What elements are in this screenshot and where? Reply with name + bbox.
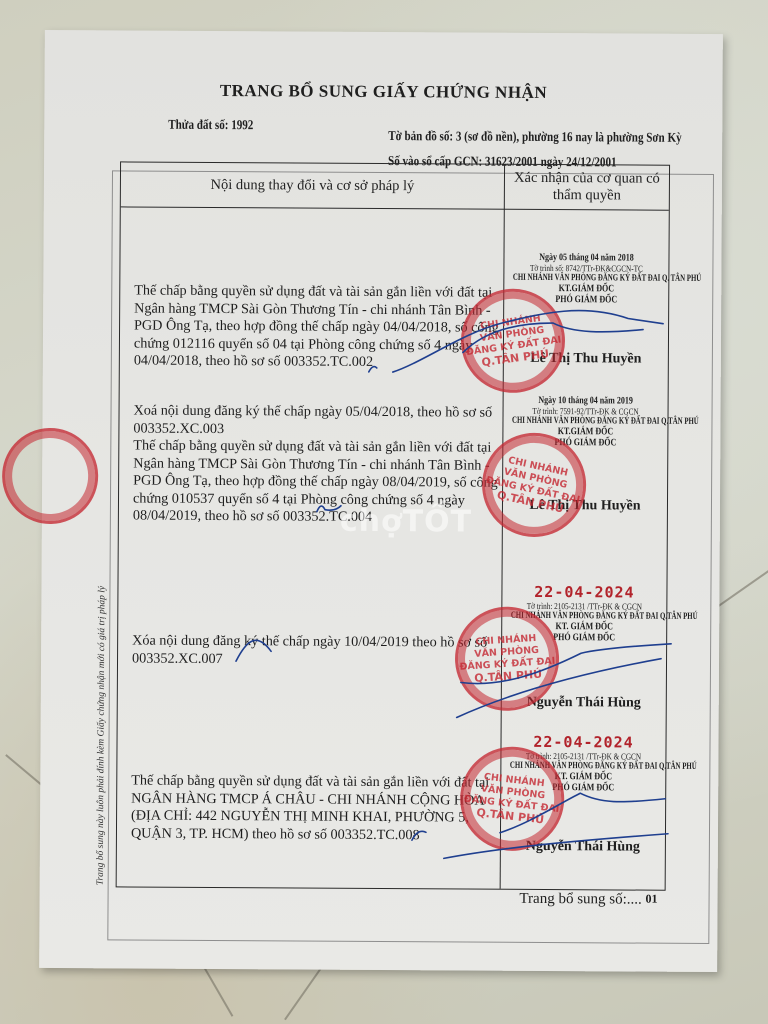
floor-seam [284,962,326,1020]
entry-content-3: Xóa nội dung đăng ký thế chấp ngày 10/04… [132,632,502,669]
certificate-supplement-page: TRANG BỔ SUNG GIẤY CHỨNG NHẬN Thửa đất s… [39,30,723,972]
map-sheet-info: Tờ bản đồ số: 3 (sơ đồ nền), phường 16 n… [388,128,682,146]
entry-content-4: Thế chấp bằng quyền sử dụng đất và tài s… [131,772,501,844]
column-header-confirm: Xác nhận của cơ quan có thẩm quyền [505,165,669,210]
date-stamp: 22-04-2024 [502,583,666,602]
partial-seal-icon [0,414,112,537]
entry-content-1: Thế chấp bằng quyền sử dụng đất và tài s… [134,282,505,372]
confirmation-date: Ngày 05 tháng 04 năm 2018 [521,252,652,264]
watermark-logo: chợTỐT [340,504,472,540]
page-title: TRANG BỔ SUNG GIẤY CHỨNG NHẬN [44,80,722,104]
floor-seam [5,754,45,788]
column-header-change: Nội dung thay đổi và cơ sở pháp lý [121,162,504,208]
supplement-page-number: Trang bổ sung số:.... 01 [519,891,657,909]
legal-side-note: Trang bổ sung này luôn phải đính kèm Giấ… [96,586,108,886]
confirmation-date: Ngày 10 tháng 04 năm 2019 [520,395,651,407]
parcel-number: Thửa đất số: 1992 [168,117,253,134]
confirmation-role: KT.GIÁM ĐỐC [521,283,652,295]
footer-label: Trang bổ sung số:.... [519,891,641,908]
footer-number: 01 [646,892,658,906]
